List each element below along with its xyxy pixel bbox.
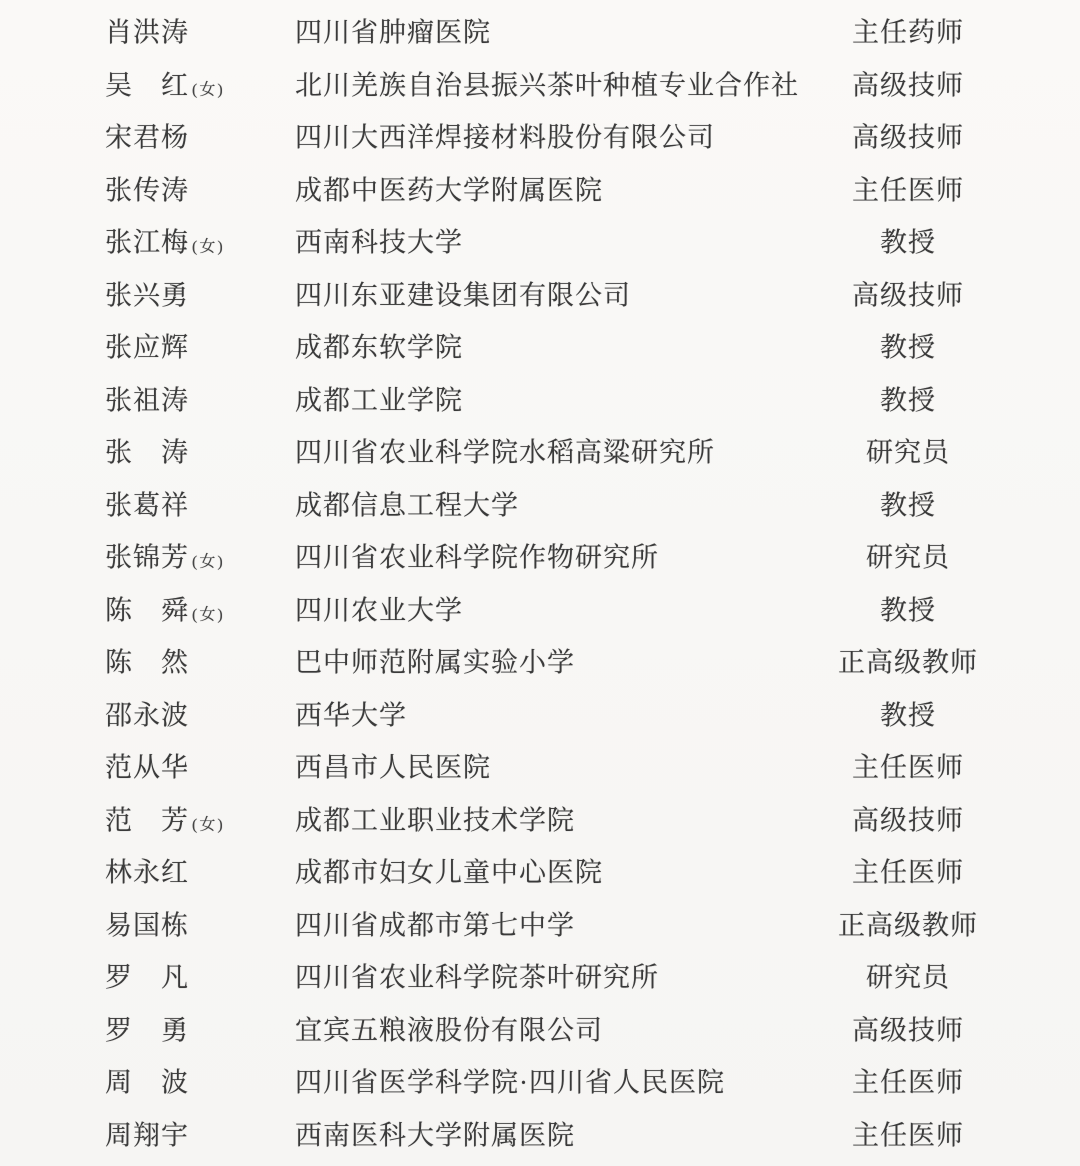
person-name-cell: 张江梅(女) <box>105 221 315 260</box>
professional-title: 教授 <box>880 228 936 258</box>
professional-title: 高级技师 <box>852 280 964 310</box>
person-name: 陈 舜 <box>105 595 189 625</box>
professional-title-cell: 研究员 <box>812 431 1004 470</box>
organization-name: 四川省农业科学院水稻高粱研究所 <box>295 438 715 468</box>
person-name-cell: 张应辉 <box>105 326 315 365</box>
organization-name: 四川省肿瘤医院 <box>295 18 491 48</box>
organization-cell: 成都信息工程大学 <box>295 483 815 522</box>
person-name-cell: 易国栋 <box>105 903 315 942</box>
person-name: 林永红 <box>105 858 189 888</box>
organization-name: 四川大西洋焊接材料股份有限公司 <box>295 123 715 153</box>
person-name: 张江梅 <box>105 228 189 258</box>
person-name-cell: 张葛祥 <box>105 483 315 522</box>
table-row: 宋君杨 四川大西洋焊接材料股份有限公司 高级技师 <box>0 109 1080 162</box>
table-row: 张锦芳(女) 四川省农业科学院作物研究所 研究员 <box>0 529 1080 582</box>
organization-cell: 四川省农业科学院作物研究所 <box>295 536 815 575</box>
organization-name: 四川省农业科学院作物研究所 <box>295 543 659 573</box>
person-name: 易国栋 <box>105 910 189 940</box>
table-row: 林永红 成都市妇女儿童中心医院 主任医师 <box>0 844 1080 897</box>
professional-title: 研究员 <box>866 543 950 573</box>
person-name-cell: 张祖涛 <box>105 378 315 417</box>
organization-name: 成都中医药大学附属医院 <box>295 175 603 205</box>
person-name-cell: 范从华 <box>105 746 315 785</box>
table-row: 周翔宇 西南医科大学附属医院 主任医师 <box>0 1107 1080 1160</box>
gender-note: (女) <box>192 239 225 256</box>
person-name: 张兴勇 <box>105 280 189 310</box>
professional-title-cell: 主任医师 <box>812 1061 1004 1100</box>
person-name: 肖洪涛 <box>105 18 189 48</box>
person-name: 张传涛 <box>105 175 189 205</box>
person-name: 张锦芳 <box>105 543 189 573</box>
professional-title-cell: 高级技师 <box>812 1008 1004 1047</box>
person-name: 吴 红 <box>105 70 189 100</box>
table-row: 张江梅(女) 西南科技大学 教授 <box>0 214 1080 267</box>
organization-name: 四川农业大学 <box>295 595 463 625</box>
professional-title-cell: 主任药师 <box>812 11 1004 50</box>
person-name-cell: 张锦芳(女) <box>105 536 315 575</box>
person-name-cell: 张兴勇 <box>105 273 315 312</box>
professional-title: 教授 <box>880 700 936 730</box>
gender-note: (女) <box>192 81 225 98</box>
table-row: 陈 舜(女) 四川农业大学 教授 <box>0 582 1080 635</box>
professional-title-cell: 教授 <box>812 483 1004 522</box>
table-row: 张应辉 成都东软学院 教授 <box>0 319 1080 372</box>
organization-cell: 四川省医学科学院·四川省人民医院 <box>295 1061 815 1100</box>
person-name-cell: 周翔宇 <box>105 1113 315 1152</box>
professional-title-cell: 主任医师 <box>812 746 1004 785</box>
person-name-cell: 吴 红(女) <box>105 63 315 102</box>
organization-cell: 四川大西洋焊接材料股份有限公司 <box>295 116 815 155</box>
organization-name: 宜宾五粮液股份有限公司 <box>295 1015 603 1045</box>
professional-title-cell: 研究员 <box>812 536 1004 575</box>
professional-title: 主任医师 <box>852 1120 964 1150</box>
person-name: 陈 然 <box>105 648 189 678</box>
organization-name: 巴中师范附属实验小学 <box>295 648 575 678</box>
organization-cell: 四川省农业科学院水稻高粱研究所 <box>295 431 815 470</box>
organization-name: 成都东软学院 <box>295 333 463 363</box>
organization-name: 成都信息工程大学 <box>295 490 519 520</box>
organization-name: 成都工业学院 <box>295 385 463 415</box>
organization-name: 西南科技大学 <box>295 228 463 258</box>
professional-title-cell: 教授 <box>812 378 1004 417</box>
organization-cell: 成都东软学院 <box>295 326 815 365</box>
organization-cell: 西南科技大学 <box>295 221 815 260</box>
table-row: 邵永波 西华大学 教授 <box>0 687 1080 740</box>
professional-title-cell: 高级技师 <box>812 63 1004 102</box>
gender-note: (女) <box>192 816 225 833</box>
organization-cell: 成都中医药大学附属医院 <box>295 168 815 207</box>
organization-name: 西华大学 <box>295 700 407 730</box>
organization-name: 四川省医学科学院·四川省人民医院 <box>295 1068 725 1098</box>
professional-title-cell: 教授 <box>812 221 1004 260</box>
professional-title: 教授 <box>880 385 936 415</box>
person-name: 罗 凡 <box>105 963 189 993</box>
professional-title: 主任医师 <box>852 175 964 205</box>
organization-name: 西昌市人民医院 <box>295 753 491 783</box>
person-name-cell: 邵永波 <box>105 693 315 732</box>
table-row: 周 波 四川省医学科学院·四川省人民医院 主任医师 <box>0 1054 1080 1107</box>
organization-name: 成都市妇女儿童中心医院 <box>295 858 603 888</box>
table-row: 吴 红(女) 北川羌族自治县振兴茶叶种植专业合作社 高级技师 <box>0 57 1080 110</box>
person-name: 范从华 <box>105 753 189 783</box>
organization-cell: 西华大学 <box>295 693 815 732</box>
person-name: 罗 勇 <box>105 1015 189 1045</box>
organization-cell: 成都市妇女儿童中心医院 <box>295 851 815 890</box>
professional-title-cell: 高级技师 <box>812 273 1004 312</box>
organization-cell: 四川东亚建设集团有限公司 <box>295 273 815 312</box>
professional-title: 主任医师 <box>852 1068 964 1098</box>
organization-cell: 四川省农业科学院茶叶研究所 <box>295 956 815 995</box>
professional-title-cell: 教授 <box>812 326 1004 365</box>
organization-cell: 巴中师范附属实验小学 <box>295 641 815 680</box>
person-name-cell: 范 芳(女) <box>105 798 315 837</box>
professional-title-cell: 正高级教师 <box>812 641 1004 680</box>
table-row: 肖洪涛 四川省肿瘤医院 主任药师 <box>0 4 1080 57</box>
professional-title: 主任医师 <box>852 858 964 888</box>
professional-title: 主任药师 <box>852 18 964 48</box>
person-name-cell: 周 波 <box>105 1061 315 1100</box>
person-name: 周翔宇 <box>105 1120 189 1150</box>
organization-cell: 四川省肿瘤医院 <box>295 11 815 50</box>
professional-title: 教授 <box>880 333 936 363</box>
organization-name: 四川省成都市第七中学 <box>295 910 575 940</box>
table-row: 张葛祥 成都信息工程大学 教授 <box>0 477 1080 530</box>
person-name: 范 芳 <box>105 805 189 835</box>
person-name: 周 波 <box>105 1068 189 1098</box>
professional-title-cell: 正高级教师 <box>812 903 1004 942</box>
organization-name: 四川东亚建设集团有限公司 <box>295 280 631 310</box>
professional-title-cell: 教授 <box>812 693 1004 732</box>
person-name-cell: 肖洪涛 <box>105 11 315 50</box>
professional-title: 教授 <box>880 490 936 520</box>
professional-title-cell: 主任医师 <box>812 851 1004 890</box>
organization-name: 北川羌族自治县振兴茶叶种植专业合作社 <box>295 70 799 100</box>
professional-title: 高级技师 <box>852 123 964 153</box>
organization-cell: 四川农业大学 <box>295 588 815 627</box>
professional-title: 研究员 <box>866 963 950 993</box>
organization-cell: 西昌市人民医院 <box>295 746 815 785</box>
professional-title: 教授 <box>880 595 936 625</box>
professional-title: 主任医师 <box>852 753 964 783</box>
organization-name: 四川省农业科学院茶叶研究所 <box>295 963 659 993</box>
professional-title: 高级技师 <box>852 1015 964 1045</box>
gender-note: (女) <box>192 606 225 623</box>
professional-title-cell: 教授 <box>812 588 1004 627</box>
organization-name: 西南医科大学附属医院 <box>295 1120 575 1150</box>
organization-cell: 北川羌族自治县振兴茶叶种植专业合作社 <box>295 63 815 102</box>
organization-cell: 宜宾五粮液股份有限公司 <box>295 1008 815 1047</box>
person-name-cell: 张传涛 <box>105 168 315 207</box>
document-page: 肖洪涛 四川省肿瘤医院 主任药师 吴 红(女) 北川羌族自治县振兴茶叶种植专业合… <box>0 0 1080 1166</box>
table-row: 罗 勇 宜宾五粮液股份有限公司 高级技师 <box>0 1002 1080 1055</box>
gender-note: (女) <box>192 554 225 571</box>
table-row: 陈 然 巴中师范附属实验小学 正高级教师 <box>0 634 1080 687</box>
organization-cell: 西南医科大学附属医院 <box>295 1113 815 1152</box>
person-name: 邵永波 <box>105 700 189 730</box>
person-name: 张葛祥 <box>105 490 189 520</box>
person-name-cell: 陈 然 <box>105 641 315 680</box>
person-name-cell: 罗 勇 <box>105 1008 315 1047</box>
person-name-cell: 罗 凡 <box>105 956 315 995</box>
person-name: 张应辉 <box>105 333 189 363</box>
professional-title: 高级技师 <box>852 805 964 835</box>
honor-roll-list: 肖洪涛 四川省肿瘤医院 主任药师 吴 红(女) 北川羌族自治县振兴茶叶种植专业合… <box>0 4 1080 1159</box>
table-row: 张兴勇 四川东亚建设集团有限公司 高级技师 <box>0 267 1080 320</box>
organization-name: 成都工业职业技术学院 <box>295 805 575 835</box>
professional-title: 高级技师 <box>852 70 964 100</box>
table-row: 张传涛 成都中医药大学附属医院 主任医师 <box>0 162 1080 215</box>
table-row: 范 芳(女) 成都工业职业技术学院 高级技师 <box>0 792 1080 845</box>
professional-title: 研究员 <box>866 438 950 468</box>
professional-title-cell: 高级技师 <box>812 116 1004 155</box>
professional-title-cell: 主任医师 <box>812 168 1004 207</box>
person-name-cell: 张 涛 <box>105 431 315 470</box>
person-name: 张 涛 <box>105 438 189 468</box>
table-row: 张祖涛 成都工业学院 教授 <box>0 372 1080 425</box>
organization-cell: 四川省成都市第七中学 <box>295 903 815 942</box>
person-name-cell: 林永红 <box>105 851 315 890</box>
professional-title-cell: 高级技师 <box>812 798 1004 837</box>
person-name: 宋君杨 <box>105 123 189 153</box>
person-name-cell: 陈 舜(女) <box>105 588 315 627</box>
table-row: 易国栋 四川省成都市第七中学 正高级教师 <box>0 897 1080 950</box>
person-name-cell: 宋君杨 <box>105 116 315 155</box>
professional-title-cell: 研究员 <box>812 956 1004 995</box>
organization-cell: 成都工业职业技术学院 <box>295 798 815 837</box>
professional-title: 正高级教师 <box>838 910 978 940</box>
table-row: 范从华 西昌市人民医院 主任医师 <box>0 739 1080 792</box>
professional-title-cell: 主任医师 <box>812 1113 1004 1152</box>
person-name: 张祖涛 <box>105 385 189 415</box>
professional-title: 正高级教师 <box>838 648 978 678</box>
table-row: 罗 凡 四川省农业科学院茶叶研究所 研究员 <box>0 949 1080 1002</box>
table-row: 张 涛 四川省农业科学院水稻高粱研究所 研究员 <box>0 424 1080 477</box>
organization-cell: 成都工业学院 <box>295 378 815 417</box>
